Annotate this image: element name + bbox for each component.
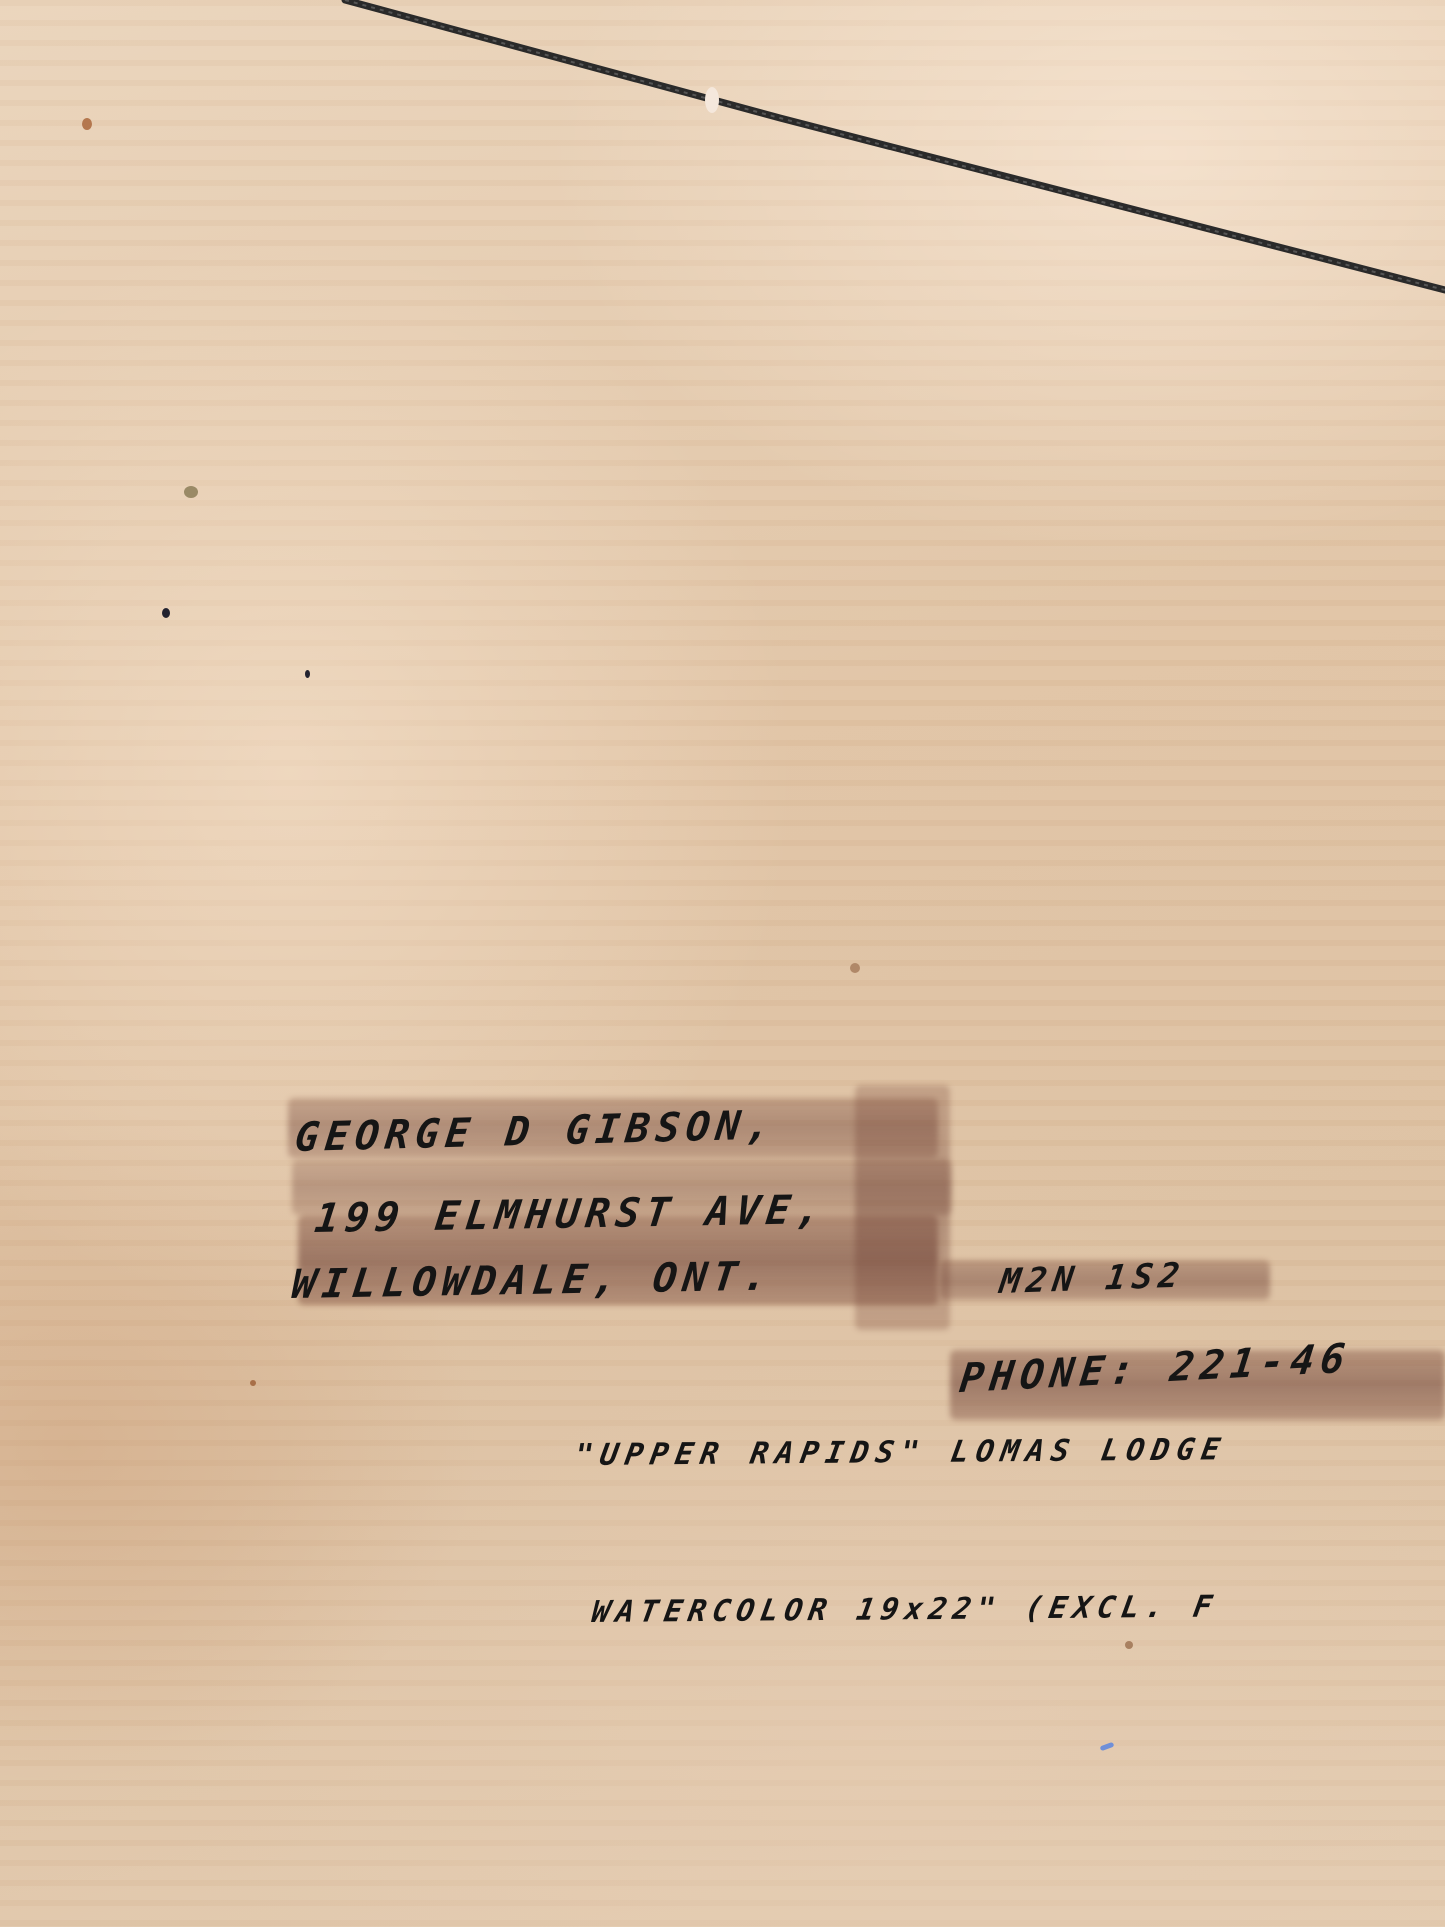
cardboard-backing (0, 0, 1445, 1927)
label-medium-size: WATERCOLOR 19x22" (EXCL. F (589, 1590, 1220, 1631)
label-city: WILLOWDALE, ONT. (289, 1254, 776, 1309)
speck (1125, 1641, 1133, 1649)
marker-smudge (855, 1085, 950, 1330)
speck (850, 963, 860, 973)
label-address: 199 ELMHURST AVE, (312, 1187, 829, 1242)
speck (82, 118, 92, 130)
speck (250, 1380, 256, 1386)
speck (162, 608, 170, 618)
label-postal-code: M2N 1S2 (997, 1255, 1188, 1302)
speck (184, 486, 198, 498)
speck (305, 670, 310, 678)
label-artwork-title: "UPPER RAPIDS" LOMAS LODGE (572, 1432, 1229, 1473)
